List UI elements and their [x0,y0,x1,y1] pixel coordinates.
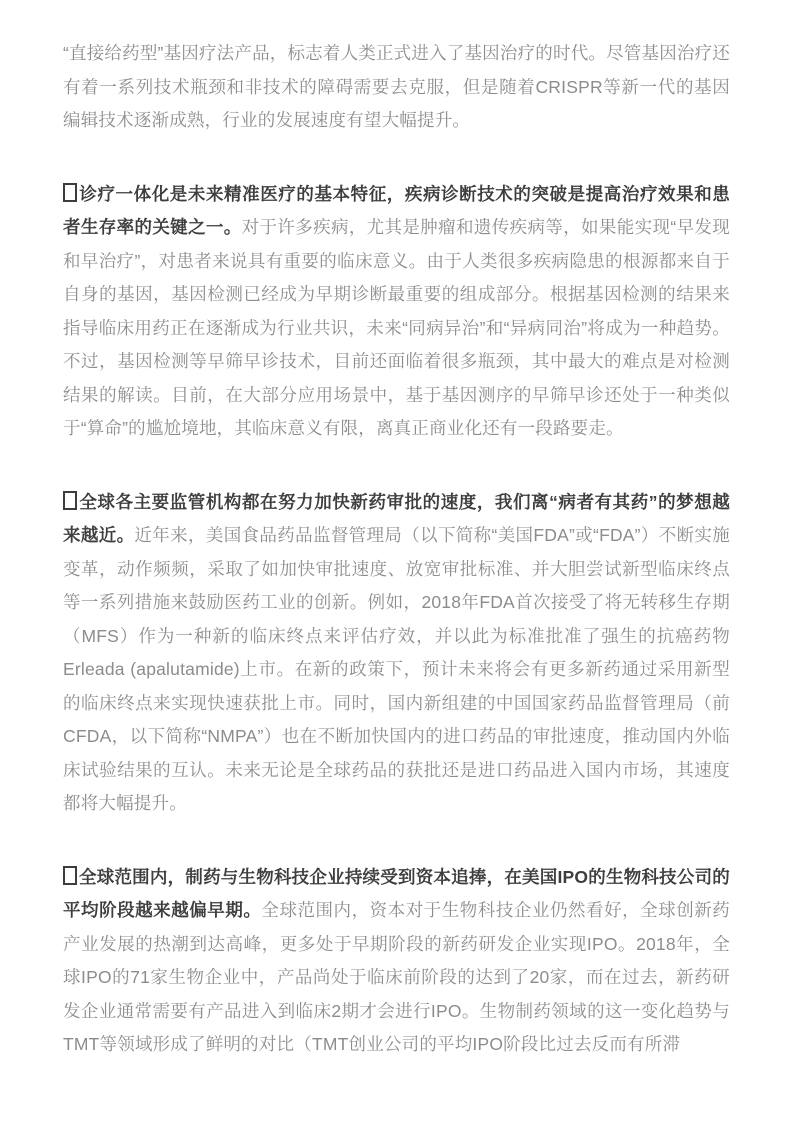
paragraph-biotech-ipo: 全球范围内，制药与生物科技企业持续受到资本追捧，在美国IPO的生物科技公司的平均… [63,861,730,1062]
document-page: “直接给药型”基因疗法产品，标志着人类正式进入了基因治疗的时代。尽管基因治疗还有… [0,0,793,1122]
paragraph-body: 全球范围内，资本对于生物科技企业仍然看好，全球创新药产业发展的热潮到达高峰，更多… [63,900,730,1054]
missing-glyph-box-icon [63,866,77,885]
paragraph-regulators-approval: 全球各主要监管机构都在努力加快新药审批的速度，我们离“病者有其药”的梦想越来越近… [63,486,730,821]
paragraph-body: 近年来，美国食品药品监督管理局（以下简称“美国FDA”或“FDA”）不断实施变革… [63,525,730,813]
paragraph-gene-therapy: “直接给药型”基因疗法产品，标志着人类正式进入了基因治疗的时代。尽管基因治疗还有… [63,37,730,138]
missing-glyph-box-icon [63,491,77,510]
missing-glyph-box-icon [63,183,77,202]
paragraph-body: “直接给药型”基因疗法产品，标志着人类正式进入了基因治疗的时代。尽管基因治疗还有… [63,43,730,130]
paragraph-body: 对于许多疾病，尤其是肿瘤和遗传疾病等，如果能实现“早发现和早治疗”，对患者来说具… [63,217,730,438]
paragraph-diagnosis-treatment: 诊疗一体化是未来精准医疗的基本特征，疾病诊断技术的突破是提高治疗效果和患者生存率… [63,178,730,446]
